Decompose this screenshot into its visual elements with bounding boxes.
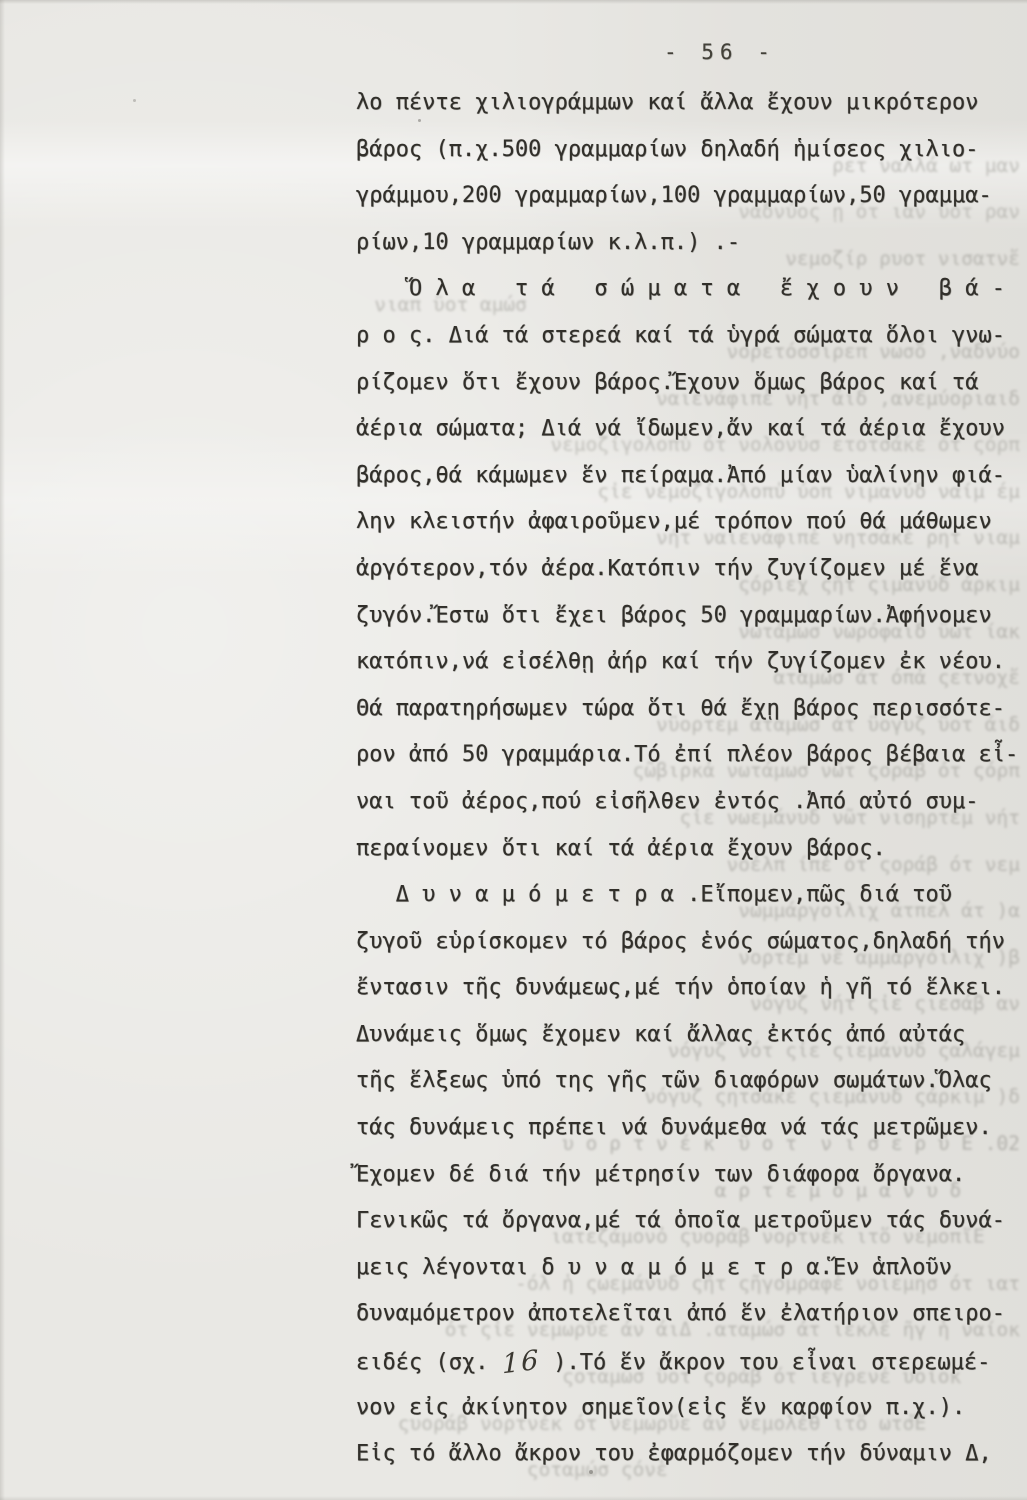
- text-segment: ειδές (σχ.: [356, 1350, 502, 1375]
- text-line: λο πέντε χιλιογράμμων καί ἄλλα ἔχουν μικ…: [356, 80, 1027, 127]
- text-line: ρίζομεν ὅτι ἔχουν βάρος.Ἔχουν ὅμως βάρος…: [356, 360, 1027, 407]
- handwritten-figure-number: 16: [501, 1338, 540, 1390]
- text-line: βάρος (π.χ.500 γραμμαρίων δηλαδή ἡμίσεος…: [356, 127, 1027, 174]
- text-line: δυναμόμετρον ἀποτελεῖται ἀπό ἕν ἐλατήριο…: [356, 1291, 1027, 1338]
- text-line: ρον ἀπό 50 γραμμάρια.Τό ἐπί πλέον βάρος …: [356, 732, 1027, 779]
- text-line: μεις λέγονται δ υ ν α μ ό μ ε τ ρ α.Ἕν ἁ…: [356, 1245, 1027, 1292]
- text-line: Δ υ ν α μ ό μ ε τ ρ α .Εἴπομεν,πῶς διά τ…: [356, 872, 1027, 919]
- text-line: ἀργότερον,τόν ἀέρα.Κατόπιν τήν ζυγίζομεν…: [356, 546, 1027, 593]
- text-line: τάς δυνάμεις πρέπει νά δυνάμεθα νά τάς μ…: [356, 1105, 1027, 1152]
- text-line: τῆς ἕλξεως ὑπό της γῆς τῶν διαφόρων σωμά…: [356, 1058, 1027, 1105]
- text-line: ρ ο ς. Διά τά στερεά καί τά ὑγρά σώματα …: [356, 313, 1027, 360]
- text-line: Δυνάμεις ὅμως ἔχομεν καί ἄλλας ἐκτός ἀπό…: [356, 1012, 1027, 1059]
- text-line: Θά παρατηρήσωμεν τώρα ὅτι θά ἔχῃ βάρος π…: [356, 686, 1027, 733]
- text-line: ζυγόν.Ἔστω ὅτι ἔχει βάρος 50 γραμμαρίων.…: [356, 593, 1027, 640]
- body-text: λο πέντε χιλιογράμμων καί ἄλλα ἔχουν μικ…: [356, 80, 1027, 1478]
- text-line: ειδές (σχ. 16 ).Τό ἕν ἄκρον του εἶναι στ…: [356, 1338, 1027, 1385]
- paper-speck: [133, 99, 136, 102]
- text-line: ἀέρια σώματα; Διά νά ἴδωμεν,ἄν καί τά ἀέ…: [356, 406, 1027, 453]
- text-line: περαίνομεν ὅτι καί τά ἀέρια ἔχουν βάρος.: [356, 826, 1027, 873]
- text-segment: ).Τό ἕν ἄκρον του εἶναι στερεωμέ-: [540, 1350, 990, 1375]
- text-line: Εἰς τό ἄλλο ἄκρον του ἐφαρμόζομεν τήν δύ…: [356, 1431, 1027, 1478]
- text-line: ρίων,10 γραμμαρίων κ.λ.π.) .-: [356, 220, 1027, 267]
- text-line: Ἔχομεν δέ διά τήν μέτρησίν των διάφορα ὄ…: [356, 1152, 1027, 1199]
- text-line: ζυγοῦ εὑρίσκομεν τό βάρος ἑνός σώματος,δ…: [356, 919, 1027, 966]
- page-number: - 56 -: [664, 40, 776, 64]
- text-line: βάρος,θά κάμωμεν ἕν πείραμα.Ἀπό μίαν ὑαλ…: [356, 453, 1027, 500]
- text-line: νον εἰς ἀκίνητον σημεῖον(εἰς ἕν καρφίον …: [356, 1385, 1027, 1432]
- text-line: ἔντασιν τῆς δυνάμεως,μέ τήν ὁποίαν ἡ γῆ …: [356, 965, 1027, 1012]
- ink-speck: [418, 119, 421, 122]
- text-line: κατόπιν,νά εἰσέλθῃ ἀήρ καί τήν ζυγίζομεν…: [356, 639, 1027, 686]
- text-line: λην κλειστήν ἀφαιροῦμεν,μέ τρόπον πού θά…: [356, 499, 1027, 546]
- ink-speck: [589, 1470, 593, 1474]
- text-line: γράμμου,200 γραμμαρίων,100 γραμμαρίων,50…: [356, 173, 1027, 220]
- text-line: ναι τοῦ ἀέρος,πού εἰσῆλθεν ἐντός .Ἀπό αὐ…: [356, 779, 1027, 826]
- text-line: Ὅ λ α τ ά σ ώ μ α τ α ἔ χ ο υ ν β ά -: [356, 266, 1027, 313]
- scanned-document-page: ρετ ναλλά ωτ μανναδνύος ῃ ότ ιαν ϋοτ ραν…: [0, 0, 1027, 1500]
- text-line: Γενικῶς τά ὄργανα,μέ τά ὁποῖα μετροῦμεν …: [356, 1198, 1027, 1245]
